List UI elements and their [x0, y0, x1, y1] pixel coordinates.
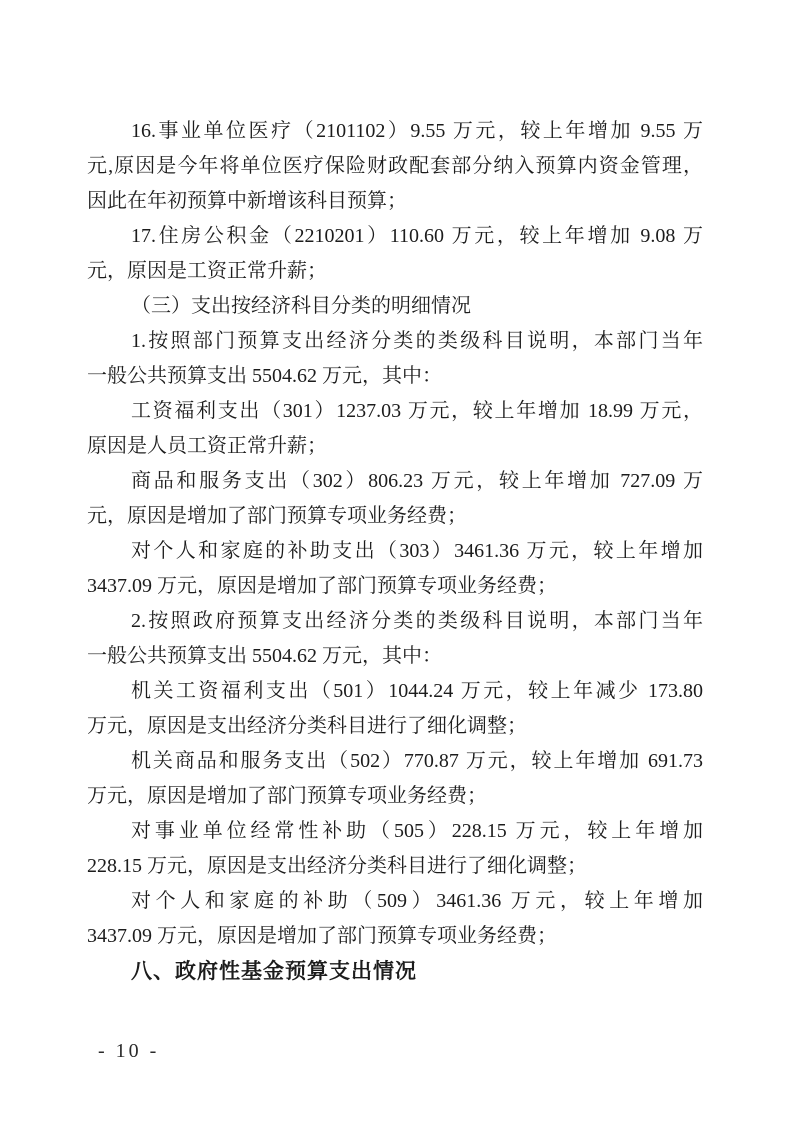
text-line: 16.事业单位医疗（2101102）9.55 万元，较上年增加 9.55 万	[87, 114, 703, 149]
text-line: 3437.09 万元，原因是增加了部门预算专项业务经费；	[87, 569, 703, 604]
text-line: 因此在年初预算中新增该科目预算；	[87, 184, 703, 219]
text-line: 3437.09 万元，原因是增加了部门预算专项业务经费；	[87, 919, 703, 954]
text-line: 原因是人员工资正常升薪；	[87, 429, 703, 464]
text-line: 元,原因是今年将单位医疗保险财政配套部分纳入预算内资金管理，	[87, 149, 703, 184]
text-line: 对个人和家庭的补助支出（303）3461.36 万元，较上年增加	[87, 534, 703, 569]
text-line: （三）支出按经济科目分类的明细情况	[87, 289, 703, 324]
document-body: 16.事业单位医疗（2101102）9.55 万元，较上年增加 9.55 万元,…	[87, 114, 703, 989]
text-line: 对事业单位经常性补助（505）228.15 万元，较上年增加	[87, 814, 703, 849]
text-line: 一般公共预算支出 5504.62 万元，其中：	[87, 639, 703, 674]
text-line: 1.按照部门预算支出经济分类的类级科目说明，本部门当年	[87, 324, 703, 359]
text-line: 工资福利支出（301）1237.03 万元，较上年增加 18.99 万元，	[87, 394, 703, 429]
text-line: 一般公共预算支出 5504.62 万元，其中：	[87, 359, 703, 394]
section-heading: 八、政府性基金预算支出情况	[87, 954, 703, 989]
text-line: 元，原因是工资正常升薪；	[87, 254, 703, 289]
text-line: 元，原因是增加了部门预算专项业务经费；	[87, 499, 703, 534]
text-line: 对个人和家庭的补助（509）3461.36 万元，较上年增加	[87, 884, 703, 919]
text-line: 228.15 万元，原因是支出经济分类科目进行了细化调整；	[87, 849, 703, 884]
text-line: 万元，原因是支出经济分类科目进行了细化调整；	[87, 709, 703, 744]
page-number: - 10 -	[98, 1040, 159, 1063]
text-line: 机关商品和服务支出（502）770.87 万元，较上年增加 691.73	[87, 744, 703, 779]
text-line: 机关工资福利支出（501）1044.24 万元，较上年减少 173.80	[87, 674, 703, 709]
text-line: 商品和服务支出（302）806.23 万元，较上年增加 727.09 万	[87, 464, 703, 499]
document-page: 16.事业单位医疗（2101102）9.55 万元，较上年增加 9.55 万元,…	[0, 0, 793, 1122]
text-line: 17.住房公积金（2210201）110.60 万元，较上年增加 9.08 万	[87, 219, 703, 254]
text-line: 万元，原因是增加了部门预算专项业务经费；	[87, 779, 703, 814]
text-line: 2.按照政府预算支出经济分类的类级科目说明，本部门当年	[87, 604, 703, 639]
